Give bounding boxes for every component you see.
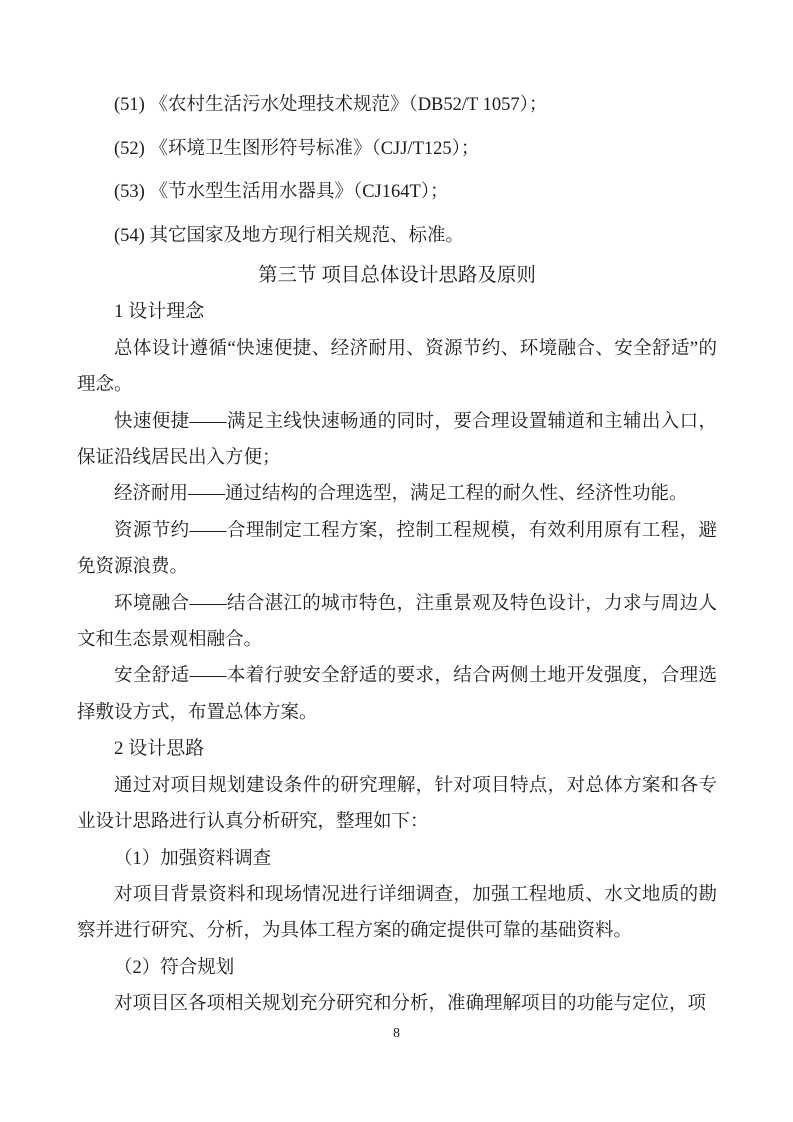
subsection-heading-design-concept: 1 设计理念 <box>77 294 717 330</box>
paragraph: 环境融合——结合湛江的城市特色，注重景观及特色设计，力求与周边人文和生态景观相融… <box>77 586 717 659</box>
list-item-heading: （2）符合规划 <box>77 950 717 986</box>
paragraph: 经济耐用——通过结构的合理选型，满足工程的耐久性、经济性功能。 <box>77 476 717 512</box>
section-heading: 第三节 项目总体设计思路及原则 <box>77 258 717 294</box>
page-number: 8 <box>393 1026 400 1041</box>
document-body: (51) 《农村生活污水处理技术规范》（DB52/T 1057）； (52) 《… <box>0 0 793 1023</box>
list-item-heading: （1）加强资料调查 <box>77 841 717 877</box>
reference-item: (52) 《环境卫生图形符号标准》（CJJ/T125）； <box>77 128 717 172</box>
paragraph: 快速便捷——满足主线快速畅通的同时，要合理设置辅道和主辅出入口，保证沿线居民出入… <box>77 404 717 477</box>
reference-item: (53) 《节水型生活用水器具》（CJ164T）； <box>77 171 717 215</box>
subsection-heading-design-approach: 2 设计思路 <box>77 731 717 767</box>
page-footer: 8 <box>0 1024 793 1044</box>
paragraph: 通过对项目规划建设条件的研究理解，针对项目特点，对总体方案和各专业设计思路进行认… <box>77 768 717 841</box>
paragraph: 对项目区各项相关规划充分研究和分析，准确理解项目的功能与定位，项 <box>77 986 717 1022</box>
document-page: (51) 《农村生活污水处理技术规范》（DB52/T 1057）； (52) 《… <box>0 0 793 1122</box>
paragraph: 对项目背景资料和现场情况进行详细调查，加强工程地质、水文地质的勘察并进行研究、分… <box>77 877 717 950</box>
reference-item: (54) 其它国家及地方现行相关规范、标准。 <box>77 215 717 259</box>
paragraph: 总体设计遵循“快速便捷、经济耐用、资源节约、环境融合、安全舒适”的理念。 <box>77 331 717 404</box>
reference-item: (51) 《农村生活污水处理技术规范》（DB52/T 1057）； <box>77 84 717 128</box>
paragraph: 安全舒适——本着行驶安全舒适的要求，结合两侧土地开发强度，合理选择敷设方式，布置… <box>77 658 717 731</box>
paragraph: 资源节约——合理制定工程方案，控制工程规模，有效利用原有工程，避免资源浪费。 <box>77 513 717 586</box>
